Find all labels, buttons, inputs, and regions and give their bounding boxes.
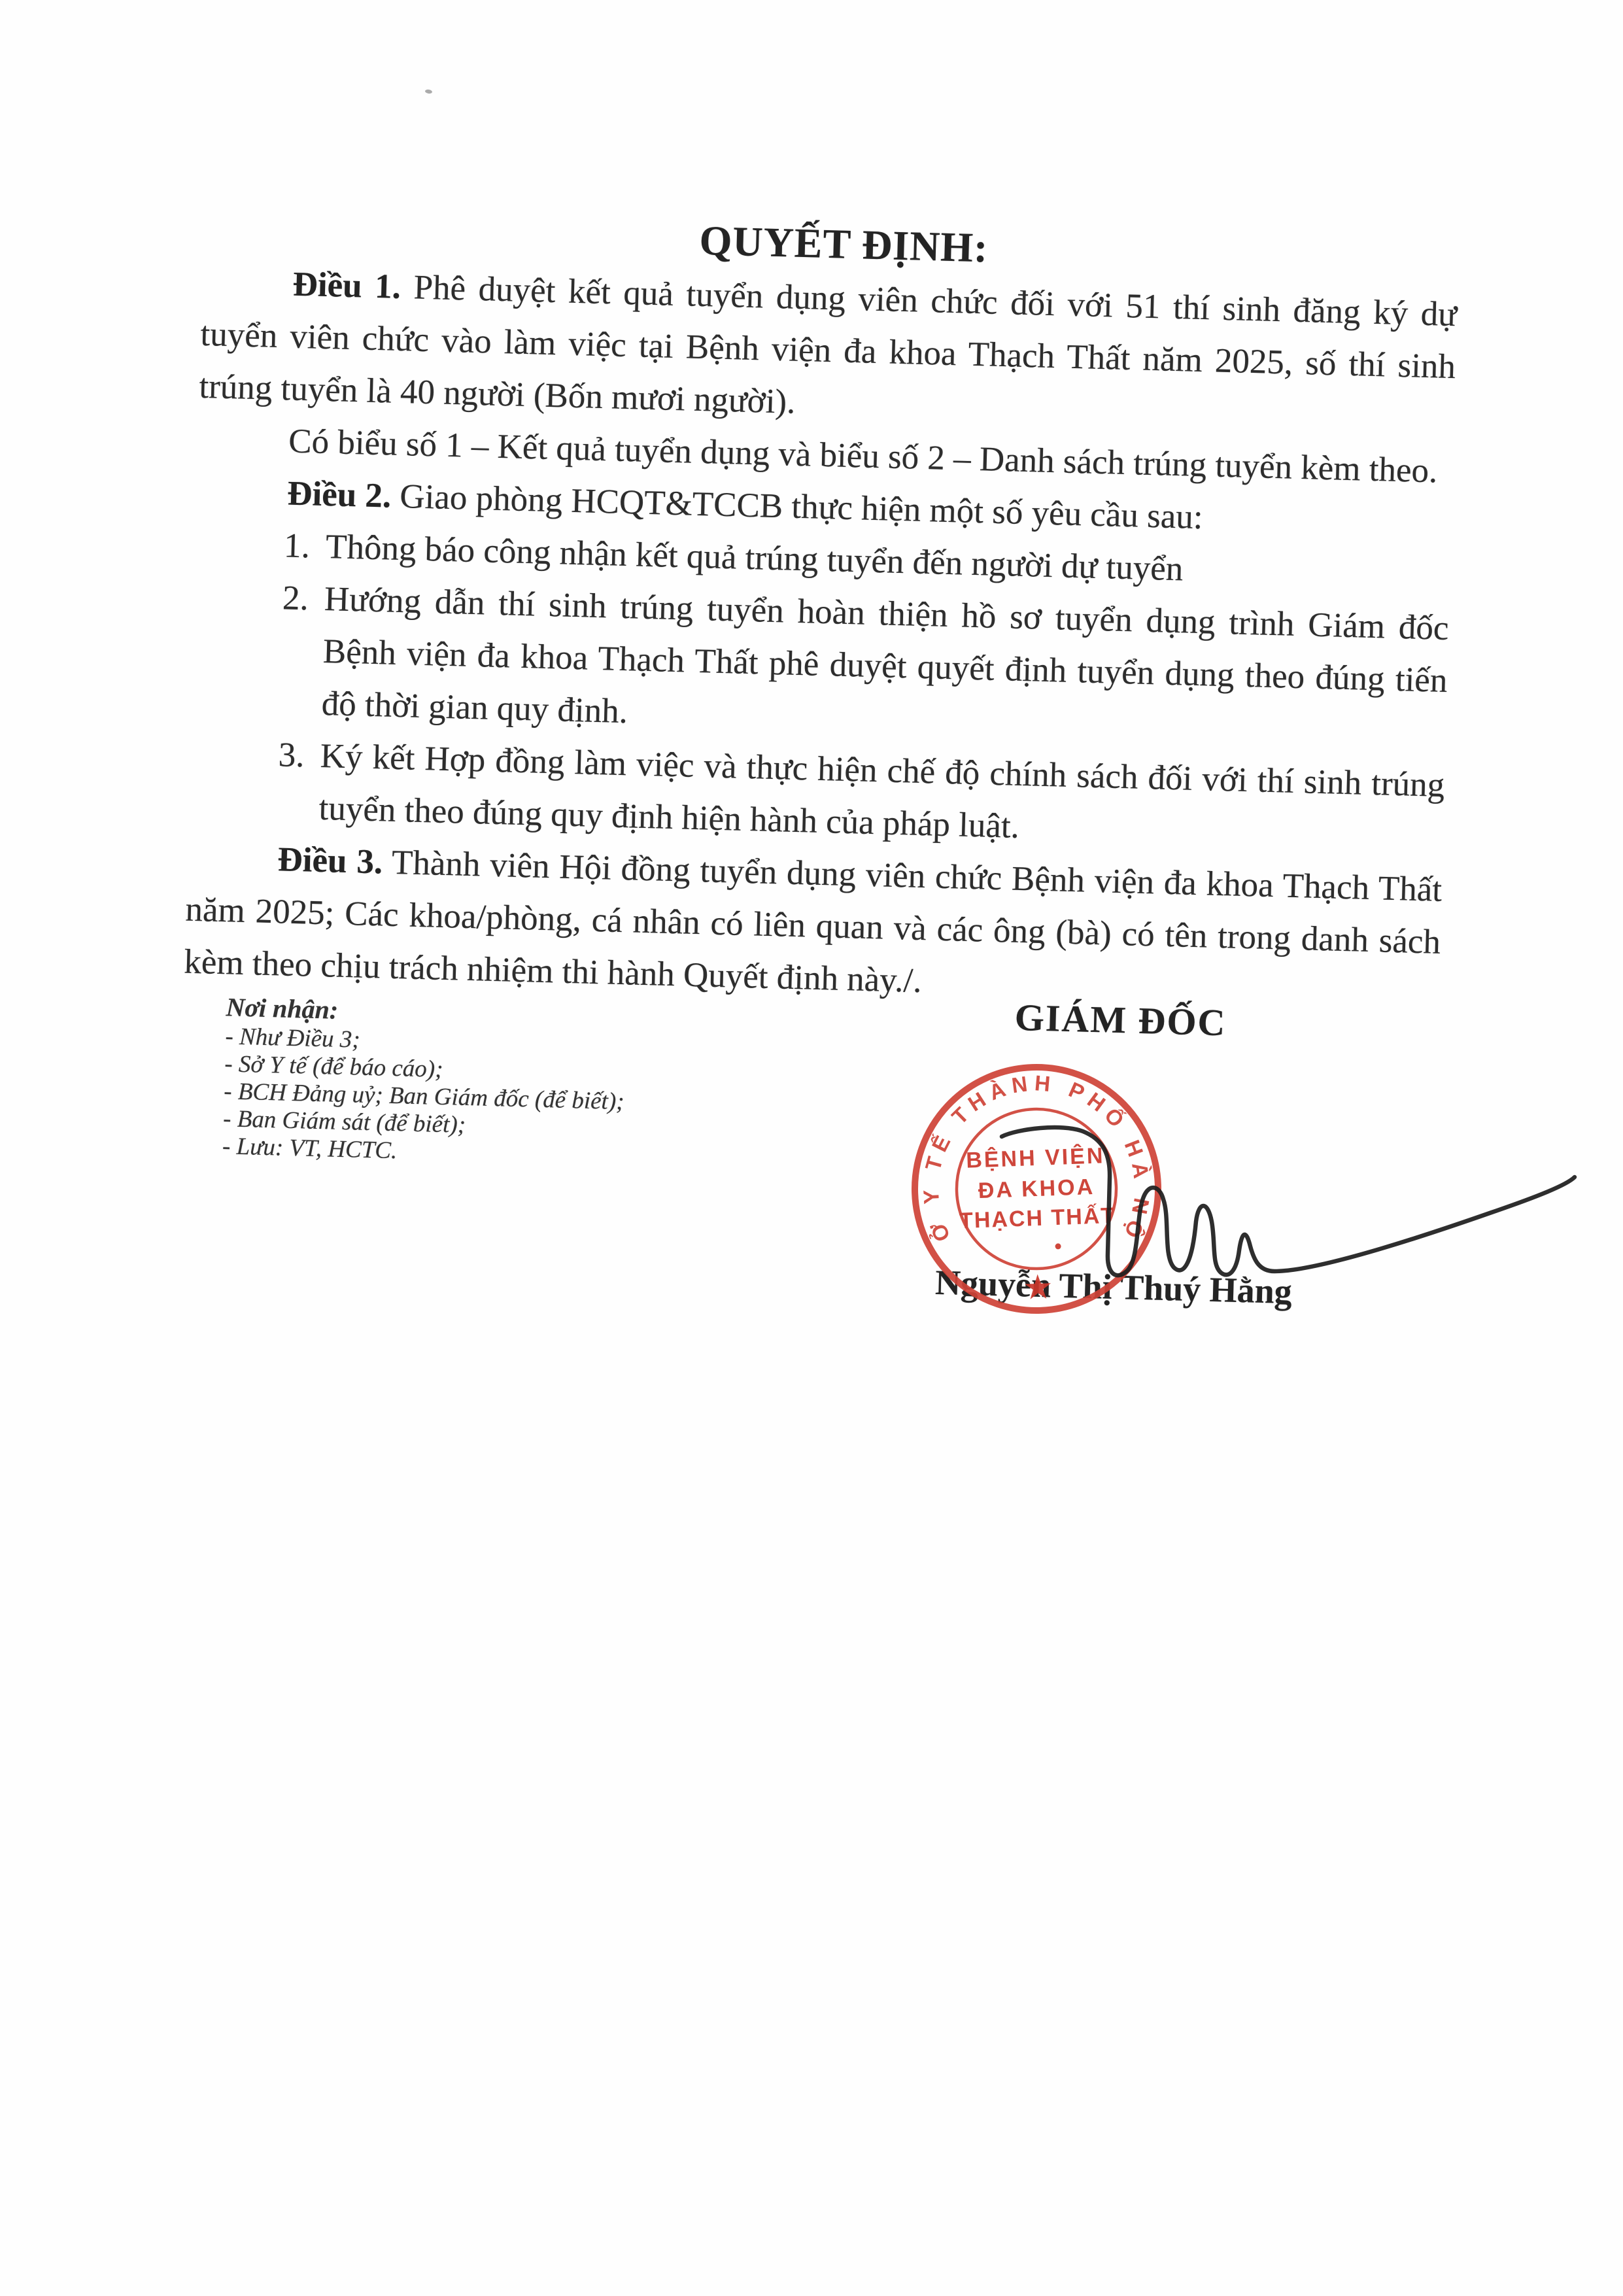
article-1-label: Điều 1. [292,266,401,306]
stamp-and-signature: SỞ Y TẾ THÀNH PHỐ HÀ NỘI BỆNH VIỆN ĐA KH… [889,1045,1623,1372]
task-2-text: Hướng dẫn thí sinh trúng tuyển hoàn thiệ… [321,580,1449,730]
stamp-dot [1055,1243,1061,1249]
article-2-label: Điều 2. [287,474,392,515]
task-3-number: 3. [278,728,305,781]
task-1-number: 1. [283,519,311,572]
stamp-line-1: BỆNH VIỆN [966,1143,1105,1173]
article-3-label: Điều 3. [277,840,383,881]
stamp-line-2: ĐA KHOA [978,1174,1095,1203]
scan-speck [425,89,433,94]
task-2-number: 2. [282,572,309,625]
stamp-line-3: THẠCH THẤT [959,1203,1116,1233]
recipients-block: Nơi nhận: - Như Điều 3; - Sở Y tế (để bá… [222,991,627,1171]
stamp-star-icon: ★ [1022,1269,1054,1307]
document-page: QUYẾT ĐỊNH: Điều 1. Phê duyệt kết quả tu… [0,0,1623,2296]
